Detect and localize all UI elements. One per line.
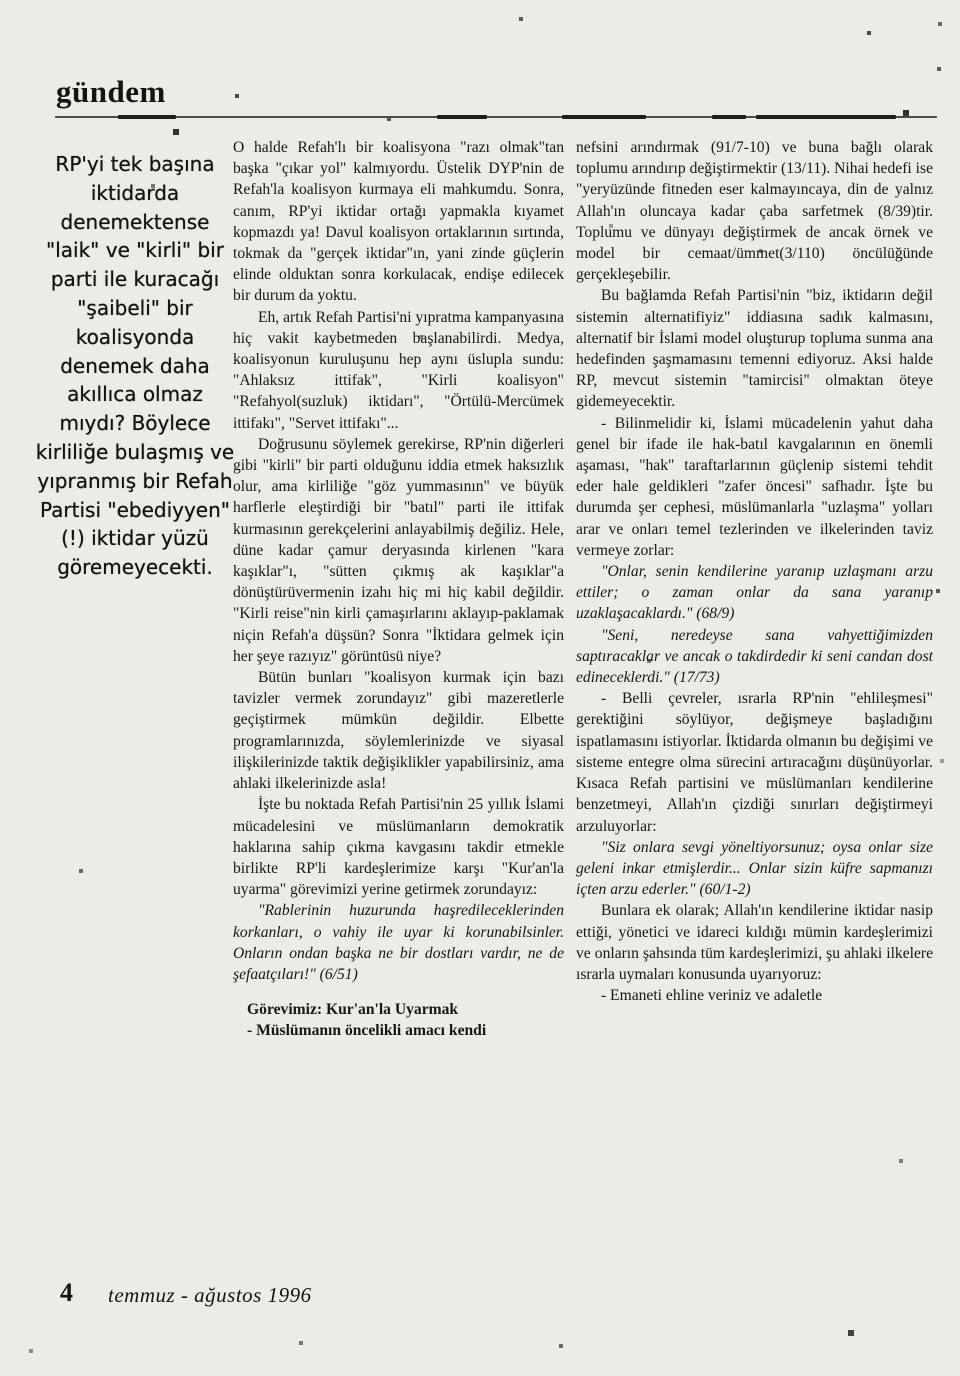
rule-ink-patch [712, 115, 746, 119]
pull-quote: RP'yi tek başına iktidarda denemektense … [34, 150, 236, 582]
rule-ink-patch [562, 115, 646, 119]
paragraph: "Siz onlara sevgi yöneltiyorsunuz; oysa … [576, 837, 933, 901]
paragraph: Bunlara ek olarak; Allah'ın kendilerine … [576, 900, 933, 985]
scan-noise-specks [0, 0, 2, 2]
paragraph: Eh, artık Refah Partisi'ni yıpratma kamp… [233, 307, 564, 434]
paragraph: - Emaneti ehline veriniz ve adaletle [576, 985, 933, 1006]
issue-date: temmuz - ağustos 1996 [108, 1283, 312, 1308]
paragraph: "Seni, neredeyse sana vahyettiğimizden s… [576, 625, 933, 689]
paragraph: - Müslümanın öncelikli amacı kendi [233, 1020, 564, 1041]
paragraph: - Bilinmelidir ki, İslami mücadelenin ya… [576, 413, 933, 561]
scanned-magazine-page: gündem RP'yi tek başına iktidarda deneme… [0, 0, 960, 1376]
paragraph: Bu bağlamda Refah Partisi'nin "biz, ikti… [576, 285, 933, 412]
paragraph: İşte bu noktada Refah Partisi'nin 25 yıl… [233, 794, 564, 900]
paragraph: O halde Refah'lı bir koalisyona "razı ol… [233, 137, 564, 307]
paragraph: Görevimiz: Kur'an'la Uyarmak [233, 999, 564, 1020]
rule-ink-patch [118, 115, 176, 119]
rule-ink-patch [437, 115, 487, 119]
paragraph: "Rablerinin huzurunda haşredileceklerind… [233, 900, 564, 985]
paragraph: - Belli çevreler, ısrarla RP'nin "ehlile… [576, 688, 933, 836]
paragraph: nefsini arındırmak (91/7-10) ve buna bağ… [576, 137, 933, 285]
paragraph: Bütün bunları "koalisyon kurmak için baz… [233, 667, 564, 794]
paragraph: "Onlar, senin kendilerine yaranıp uzlaşm… [576, 561, 933, 625]
article-column-right: nefsini arındırmak (91/7-10) ve buna bağ… [576, 137, 933, 1006]
paragraph: Doğrusunu söylemek gerekirse, RP'nin diğ… [233, 434, 564, 667]
rule-ink-patch [756, 115, 896, 119]
article-column-middle: O halde Refah'lı bir koalisyona "razı ol… [233, 137, 564, 1042]
page-number: 4 [60, 1278, 73, 1308]
section-title: gündem [56, 76, 166, 107]
